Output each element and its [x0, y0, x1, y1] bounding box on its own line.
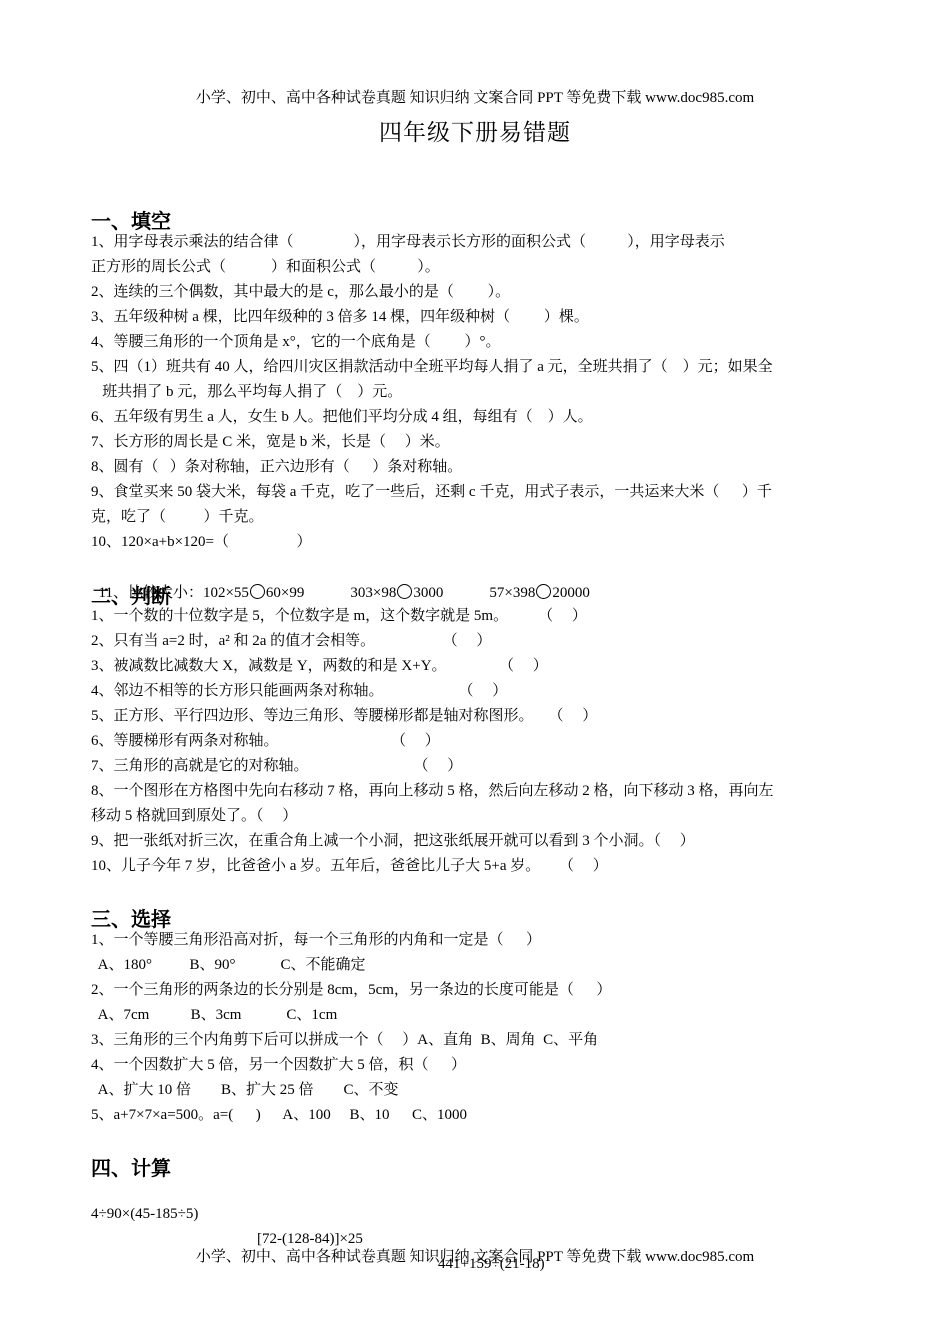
judge-item-10: 10、儿子今年 7 岁，比爸爸小 a 岁。五年后，爸爸比儿子大 5+a 岁。 （…	[91, 854, 861, 879]
judge-item-7: 7、三角形的高就是它的对称轴。 （ ）	[91, 754, 861, 779]
fill-item-4: 4、等腰三角形的一个顶角是 x°，它的一个底角是（ ）°。	[91, 330, 861, 355]
compare-left-1: 102×55	[203, 585, 249, 601]
fill-item-6: 6、五年级有男生 a 人，女生 b 人。把他们平均分成 4 组，每组有（ ）人。	[91, 405, 861, 430]
choice-item-3: 3、三角形的三个内角剪下后可以拼成一个（ ）A、直角 B、周角 C、平角	[91, 1028, 861, 1053]
judge-item-5: 5、正方形、平行四边形、等边三角形、等腰梯形都是轴对称图形。 （ ）	[91, 704, 861, 729]
compare-right-3: 20000	[552, 585, 590, 601]
choice-item-4: 4、一个因数扩大 5 倍，另一个因数扩大 5 倍，积（ ）	[91, 1053, 861, 1078]
fill-item-2: 2、连续的三个偶数，其中最大的是 c，那么最小的是（ ）。	[91, 280, 861, 305]
fill-item-5a: 5、四（1）班共有 40 人，给四川灾区捐款活动中全班平均每人捐了 a 元，全班…	[91, 355, 861, 380]
judge-item-1: 1、一个数的十位数字是 5，个位数字是 m，这个数字就是 5m。 （ ）	[91, 604, 861, 629]
judge-item-2: 2、只有当 a=2 时，a² 和 2a 的值才会相等。 （ ）	[91, 629, 861, 654]
fill-item-9b: 克，吃了（ ）千克。	[91, 505, 861, 530]
choice-options-4: A、扩大 10 倍 B、扩大 25 倍 C、不变	[91, 1078, 861, 1103]
judge-item-9: 9、把一张纸对折三次，在重合角上减一个小洞，把这张纸展开就可以看到 3 个小洞。…	[91, 829, 861, 854]
choice-item-5: 5、a+7×7×a=500。a=( ) A、100 B、10 C、1000	[91, 1103, 861, 1128]
choice-item-2: 2、一个三角形的两条边的长分别是 8cm，5cm，另一条边的长度可能是（ ）	[91, 978, 861, 1003]
compare-right-1: 60×99	[266, 585, 304, 601]
calc-item-1: 4÷90×(45-185÷5)	[91, 1202, 198, 1227]
compare-circle-icon	[536, 584, 551, 599]
fill-item-1a: 1、用字母表示乘法的结合律（ ），用字母表示长方形的面积公式（ ），用字母表示	[91, 230, 861, 255]
compare-left-3: 57×398	[489, 585, 535, 601]
fill-item-1b: 正方形的周长公式（ ）和面积公式（ ）。	[91, 255, 861, 280]
compare-right-2: 3000	[413, 585, 443, 601]
page-footer: 小学、初中、高中各种试卷真题 知识归纳 文案合同 PPT 等免费下载 www.d…	[0, 1245, 950, 1266]
choice-item-1: 1、一个等腰三角形沿高对折，每一个三角形的内角和一定是（ ）	[91, 928, 861, 953]
page-title: 四年级下册易错题	[0, 114, 950, 147]
fill-item-11: 11、比较大小：102×5560×99303×98300057×39820000	[91, 556, 861, 606]
judge-item-6: 6、等腰梯形有两条对称轴。 （ ）	[91, 729, 861, 754]
fill-item-3: 3、五年级种树 a 棵，比四年级种的 3 倍多 14 棵，四年级种树（ ）棵。	[91, 305, 861, 330]
compare-left-2: 303×98	[350, 585, 396, 601]
judge-item-8a: 8、一个图形在方格图中先向右移动 7 格，再向上移动 5 格，然后向左移动 2 …	[91, 779, 861, 804]
judge-item-4: 4、邻边不相等的长方形只能画两条对称轴。 （ ）	[91, 679, 861, 704]
fill-item-8: 8、圆有（ ）条对称轴，正六边形有（ ）条对称轴。	[91, 455, 861, 480]
choice-options-1: A、180° B、90° C、不能确定	[91, 953, 861, 978]
fill-item-7: 7、长方形的周长是 C 米，宽是 b 米，长是（ ）米。	[91, 430, 861, 455]
judge-item-8b: 移动 5 格就回到原处了。（ ）	[91, 804, 861, 829]
fill-item-10: 10、120×a+b×120=（ ）	[91, 530, 861, 555]
compare-circle-icon	[397, 584, 412, 599]
page-header: 小学、初中、高中各种试卷真题 知识归纳 文案合同 PPT 等免费下载 www.d…	[0, 86, 950, 107]
choice-options-2: A、7cm B、3cm C、1cm	[91, 1003, 861, 1028]
fill-item-9a: 9、食堂买来 50 袋大米，每袋 a 千克，吃了一些后，还剩 c 千克，用式子表…	[91, 480, 861, 505]
judge-item-3: 3、被减数比减数大 X，减数是 Y，两数的和是 X+Y。 （ ）	[91, 654, 861, 679]
compare-circle-icon	[250, 584, 265, 599]
fill-item-5b: 班共捐了 b 元，那么平均每人捐了（ ）元。	[91, 380, 861, 405]
